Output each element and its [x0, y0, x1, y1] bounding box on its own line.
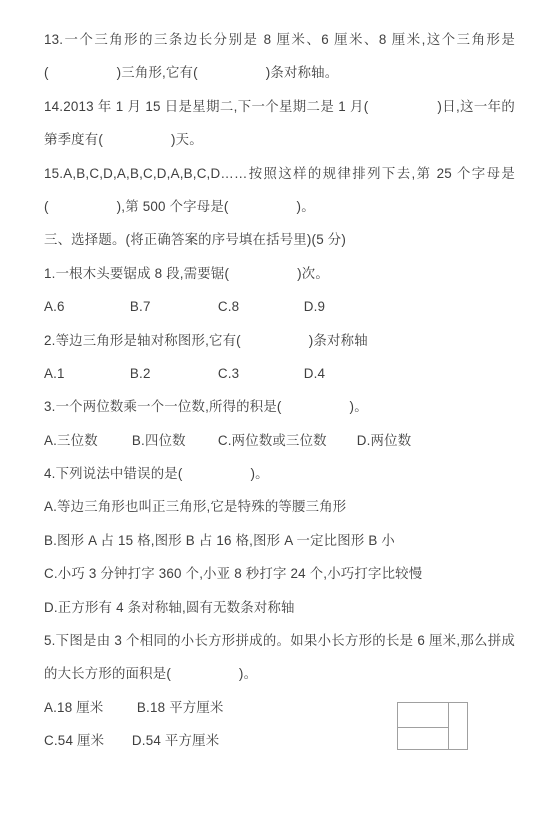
question-14-line-1: 14.2013 年 1 月 15 日是星期二,下一个星期二是 1 月( )日,这…: [44, 90, 515, 123]
choice-q2-option-c: C.3: [218, 357, 300, 390]
choice-q2-option-d: D.4: [304, 357, 325, 390]
choice-q3-stem: 3.一个两位数乘一个一位数,所得的积是( )。: [44, 390, 515, 423]
choice-q5-option-b: B.18 平方厘米: [137, 691, 224, 724]
question-14-line-2: 一季度有( )天。: [44, 123, 515, 156]
question-15-line-2: ( ),第 500 个字母是( )。: [44, 190, 515, 223]
choice-q1-option-a: A.6: [44, 290, 126, 323]
choice-q5-option-c: C.54 厘米: [44, 724, 128, 757]
choice-q5-option-d: D.54 平方厘米: [132, 724, 219, 757]
choice-q3-options: A.三位数 B.四位数 C.两位数或三位数 D.两位数: [44, 424, 515, 457]
choice-q5-stem-line-1: 5.下图是由 3 个相同的小长方形拼成的。如果小长方形的长是 6 厘米,那么拼成: [44, 624, 515, 657]
choice-q2-options: A.1 B.2 C.3 D.4: [44, 357, 515, 390]
exam-document-page: 13.一个三角形的三条边长分别是 8 厘米、6 厘米、8 厘米,这个三角形是 (…: [0, 0, 557, 825]
section-3-header: 三、选择题。(将正确答案的序号填在括号里)(5 分): [44, 223, 515, 256]
choice-q4-stem: 4.下列说法中错误的是( )。: [44, 457, 515, 490]
choice-q1-options: A.6 B.7 C.8 D.9: [44, 290, 515, 323]
choice-q2-option-a: A.1: [44, 357, 126, 390]
q5-figure-horizontal-divider: [398, 727, 448, 728]
choice-q3-option-a: A.三位数: [44, 424, 128, 457]
choice-q4-option-b: B.图形 A 占 15 格,图形 B 占 16 格,图形 A 一定比图形 B 小: [44, 524, 515, 557]
choice-q3-option-c: C.两位数或三位数: [218, 424, 353, 457]
choice-q5-option-a: A.18 厘米: [44, 691, 133, 724]
question-13-line-1: 13.一个三角形的三条边长分别是 8 厘米、6 厘米、8 厘米,这个三角形是: [44, 23, 515, 56]
choice-q1-option-d: D.9: [304, 290, 325, 323]
q5-figure-vertical-divider: [448, 703, 449, 749]
choice-q3-option-d: D.两位数: [357, 424, 412, 457]
choice-q1-stem: 1.一根木头要锯成 8 段,需要锯( )次。: [44, 257, 515, 290]
q5-rectangle-figure: [397, 702, 468, 750]
choice-q2-stem: 2.等边三角形是轴对称图形,它有( )条对称轴: [44, 324, 515, 357]
choice-q5-stem-line-2: 的大长方形的面积是( )。: [44, 657, 515, 690]
question-15-line-1: 15.A,B,C,D,A,B,C,D,A,B,C,D……按照这样的规律排列下去,…: [44, 157, 515, 190]
choice-q4-option-c: C.小巧 3 分钟打字 360 个,小亚 8 秒打字 24 个,小巧打字比较慢: [44, 557, 515, 590]
choice-q4-option-d: D.正方形有 4 条对称轴,圆有无数条对称轴: [44, 591, 515, 624]
choice-q2-option-b: B.2: [130, 357, 214, 390]
choice-q1-option-b: B.7: [130, 290, 214, 323]
exam-content: 13.一个三角形的三条边长分别是 8 厘米、6 厘米、8 厘米,这个三角形是 (…: [44, 23, 515, 758]
choice-q4-option-a: A.等边三角形也叫正三角形,它是特殊的等腰三角形: [44, 490, 515, 523]
question-13-line-2: ( )三角形,它有( )条对称轴。: [44, 56, 515, 89]
choice-q1-option-c: C.8: [218, 290, 300, 323]
choice-q3-option-b: B.四位数: [132, 424, 214, 457]
